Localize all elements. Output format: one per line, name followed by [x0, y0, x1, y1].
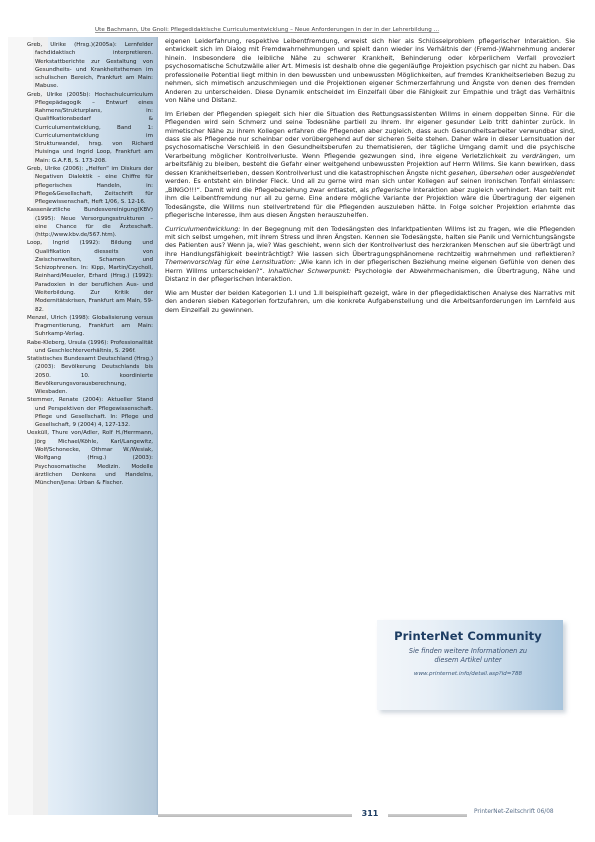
reference-item: Greb, Ulrike (Hrsg.)(2005a): Lernfelder …: [27, 41, 153, 91]
reference-item: Greb, Ulrike (2005b): Hochschulcurriculu…: [27, 91, 153, 165]
promo-link[interactable]: www.printernet.info/detail.asp?id=788: [377, 671, 559, 677]
article-body: eigenen Leiderfahrung, respektive Leiben…: [165, 38, 575, 320]
running-head: Ute Bachmann, Ute Gnoli: Pflegedidaktisc…: [95, 27, 573, 33]
paragraph: eigenen Leiderfahrung, respektive Leiben…: [165, 38, 575, 106]
reference-item: Uexküll, Thure von/Adler, Rolf H./Herrma…: [27, 429, 153, 487]
page-number: 311: [352, 807, 388, 821]
paragraph: Curriculumentwicklung: In der Begegnung …: [165, 226, 575, 285]
section-label: Curriculumentwicklung:: [165, 226, 240, 233]
reference-list: Greb, Ulrike (Hrsg.)(2005a): Lernfelder …: [27, 41, 153, 487]
promo-title: PrinterNet Community: [377, 629, 559, 643]
running-head-title: Pflegedidaktische Curriculumentwicklung …: [171, 27, 439, 33]
reference-item: Stemmer, Renate (2004): Aktueller Stand …: [27, 396, 153, 429]
footer-rule: [158, 814, 467, 817]
journal-name: PrinterNet-Zeitschrift 06/08: [474, 809, 554, 815]
reference-item: Greb, Ulrike (2006): „Helfen“ im Diskurs…: [27, 165, 153, 206]
reference-item: Loop, Ingrid (1992): Bildung und Qualifi…: [27, 239, 153, 313]
printernet-community-box: PrinterNet Community Sie finden weitere …: [377, 620, 559, 710]
reference-item: Menzel, Ulrich (1998): Globalisierung ve…: [27, 314, 153, 339]
promo-text: Sie finden weitere Informationen zu dies…: [382, 647, 554, 664]
paragraph: Im Erleben der Pflegenden spiegelt sich …: [165, 111, 575, 221]
reference-item: Rabe-Kleberg, Ursula (1996): Professiona…: [27, 339, 153, 356]
running-head-authors: Ute Bachmann, Ute Gnoli:: [95, 27, 169, 33]
reference-item: Kassenärztliche Bundesvereinigung(KBV)(1…: [27, 206, 153, 239]
reference-item: Statistisches Bundesamt Deutschland (Hrs…: [27, 355, 153, 396]
paragraph: Wie am Muster der beiden Kategorien 1.I …: [165, 290, 575, 315]
